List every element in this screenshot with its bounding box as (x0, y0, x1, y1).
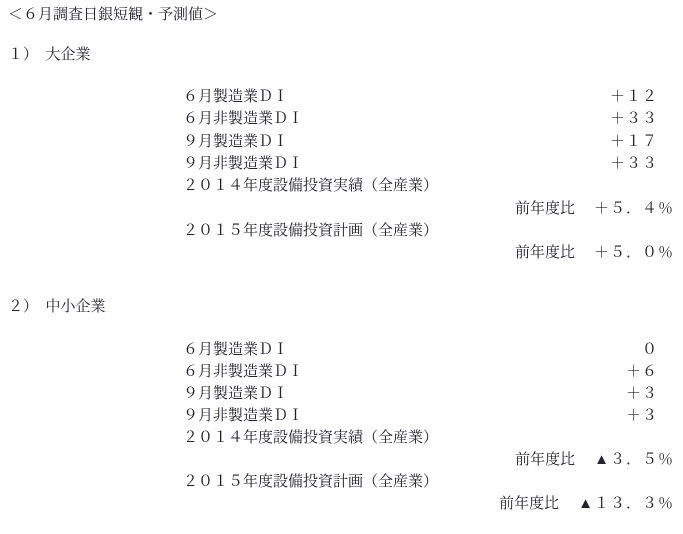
di-row: ９月非製造業ＤＩ ＋３ (183, 405, 658, 427)
di-row: ９月非製造業ＤＩ ＋３３ (183, 153, 658, 175)
di-value: ＋３ (626, 405, 658, 427)
di-row: ９月製造業ＤＩ ＋１７ (183, 131, 658, 153)
di-label: ６月非製造業ＤＩ (183, 361, 303, 383)
yoy-row: 前年度比 ＋５．０％ (183, 242, 674, 264)
section-heading-sme: ２） 中小企業 (8, 296, 106, 318)
di-label: ９月製造業ＤＩ (183, 131, 288, 153)
di-row: ６月製造業ＤＩ ０ (183, 339, 658, 361)
di-label: ９月製造業ＤＩ (183, 383, 288, 405)
di-value: ＋１７ (610, 131, 658, 153)
yoy-label: 前年度比 (515, 198, 575, 220)
capex-label: ２０１５年度設備投資計画（全産業） (183, 471, 438, 493)
di-value: ＋３３ (610, 153, 658, 175)
di-label: ６月製造業ＤＩ (183, 339, 288, 361)
di-row: ９月製造業ＤＩ ＋３ (183, 383, 658, 405)
capex-label: ２０１５年度設備投資計画（全産業） (183, 220, 438, 242)
di-label: ６月製造業ＤＩ (183, 86, 288, 108)
di-label: ９月非製造業ＤＩ (183, 153, 303, 175)
yoy-label: 前年度比 (515, 449, 575, 471)
di-value: ＋３３ (610, 108, 658, 130)
tankan-forecast-page: ＜６月調査日銀短観・予測値＞ １） 大企業 ６月製造業ＤＩ ＋１２ ６月非製造業… (0, 0, 683, 534)
yoy-label: 前年度比 (515, 242, 575, 264)
yoy-row: 前年度比 ▲１３．３％ (183, 493, 674, 515)
di-label: ６月非製造業ＤＩ (183, 108, 303, 130)
di-value: ０ (642, 339, 658, 361)
yoy-row: 前年度比 ▲３．５％ (183, 449, 674, 471)
di-value: ＋３ (626, 383, 658, 405)
yoy-value: ▲１３．３％ (578, 493, 674, 515)
di-value: ＋６ (626, 361, 658, 383)
page-title: ＜６月調査日銀短観・予測値＞ (8, 4, 218, 26)
yoy-value: ▲３．５％ (594, 449, 674, 471)
di-row: ６月製造業ＤＩ ＋１２ (183, 86, 658, 108)
section-heading-large-enterprises: １） 大企業 (8, 44, 91, 66)
yoy-value: ＋５．０％ (594, 242, 674, 264)
di-value: ＋１２ (610, 86, 658, 108)
capex-label: ２０１４年度設備投資実績（全産業） (183, 175, 438, 197)
di-row: ６月非製造業ＤＩ ＋３３ (183, 108, 658, 130)
yoy-value: ＋５．４％ (594, 198, 674, 220)
di-label: ９月非製造業ＤＩ (183, 405, 303, 427)
yoy-row: 前年度比 ＋５．４％ (183, 198, 674, 220)
capex-label: ２０１４年度設備投資実績（全産業） (183, 427, 438, 449)
yoy-label: 前年度比 (499, 493, 559, 515)
di-row: ６月非製造業ＤＩ ＋６ (183, 361, 658, 383)
